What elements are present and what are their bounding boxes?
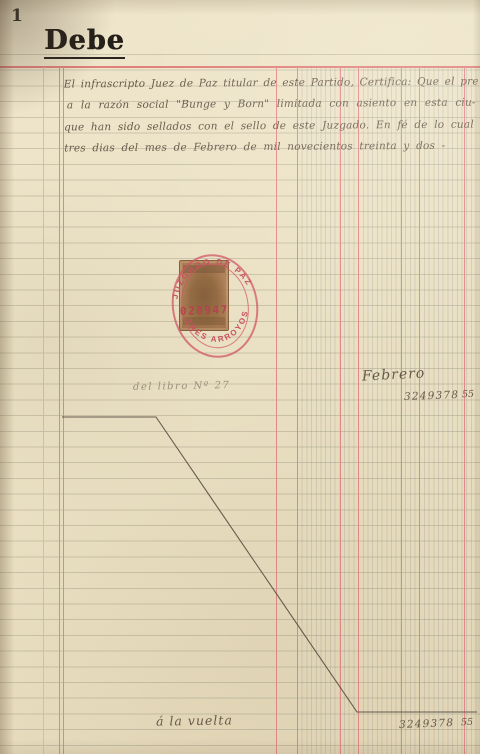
book-reference-note: del libro Nº 27: [133, 380, 231, 393]
page-title: Debe: [44, 25, 125, 59]
certification-line: que han sido sellados con el sello de es…: [64, 118, 478, 142]
amount-cents: 55: [462, 389, 474, 400]
folio-number: 1: [11, 6, 23, 26]
column-rule: [63, 67, 64, 754]
carry-amount-cents: 55: [461, 717, 473, 728]
certification-line: tres dias del mes de Febrero de mil nove…: [64, 140, 478, 164]
column-rule: [276, 67, 277, 754]
column-rule: [297, 67, 298, 754]
stamp-serial-number: 028947: [180, 303, 229, 318]
certification-line: El infrascripto Juez de Paz titular de e…: [64, 76, 478, 100]
column-rule: [358, 67, 359, 754]
carry-forward-label: á la vuelta: [156, 712, 233, 728]
header-rule-line: [0, 66, 480, 68]
amount-pesos: 3249378: [404, 389, 460, 403]
carry-amount-pesos: 3249378: [399, 717, 455, 731]
column-rule: [401, 67, 402, 754]
column-rule: [464, 67, 465, 754]
certification-text: El infrascripto Juez de Paz titular de e…: [64, 76, 479, 164]
ledger-page: 1 Debe JUZGADO DE PAZ TRES ARROYOS 02894…: [0, 0, 480, 754]
certification-line: a la razón social "Bunge y Born" limitad…: [64, 97, 478, 121]
column-rule: [340, 67, 341, 754]
column-rule: [419, 67, 420, 754]
column-rule: [59, 67, 60, 754]
month-annotation: Febrero: [362, 365, 426, 384]
fine-vertical-grid: [297, 67, 480, 754]
column-rule: [43, 67, 44, 754]
